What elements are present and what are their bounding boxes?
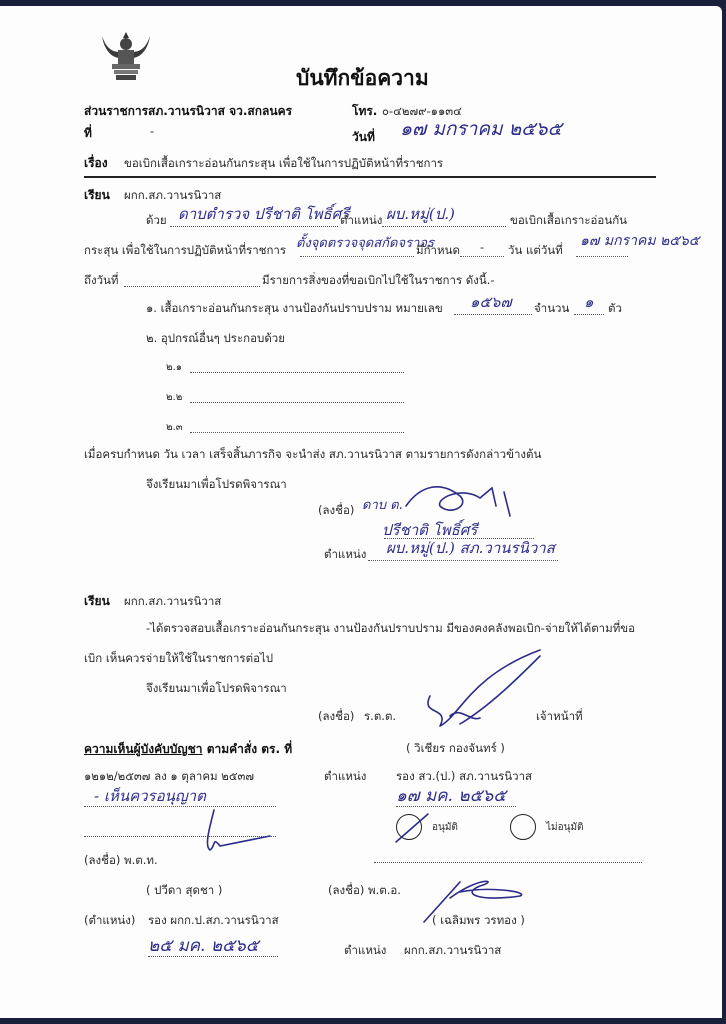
ref-label: ที่: [84, 124, 92, 143]
requester-position-label: ตำแหน่ง: [324, 546, 366, 564]
chief-name: ( เฉลิมพร วรทอง ): [432, 912, 525, 930]
department-label: ส่วนราชการ: [84, 102, 148, 121]
approve-check-mark: [392, 810, 432, 846]
officer-role: เจ้าหน้าที่: [536, 708, 583, 726]
date-handwritten: ๑๗ มกราคม ๒๕๖๕: [400, 114, 562, 144]
sub-item-2: ๒.๒: [166, 390, 182, 405]
period-value: -: [480, 240, 484, 254]
officer-date-handwritten: ๑๗ มค. ๒๕๖๕: [396, 782, 506, 809]
deputy-position-label: (ตำแหน่ง): [84, 912, 135, 930]
period-label: มีกำหนด: [416, 242, 460, 260]
garuda-emblem-icon: [98, 28, 154, 84]
deputy-name: ( ปวีดา สุดชา ): [146, 882, 222, 900]
commander-opinion-handwritten: - เห็นควรอนุญาต: [94, 784, 206, 808]
phone-label: โทร.: [352, 102, 377, 121]
purpose-handwritten: ตั้งจุดตรวจจุดสกัดจราจร: [296, 232, 434, 253]
officer-to-value: ผกก.สภ.วานรนิวาส: [124, 593, 221, 611]
reject-radio[interactable]: [510, 814, 536, 840]
officer-check-text: -ได้ตรวจสอบเสื้อเกราะอ่อนกันกระสุน งานป้…: [146, 620, 635, 638]
date-label: วันที่: [352, 128, 375, 147]
requester-sign-rank: ดาบ ต.: [362, 494, 403, 515]
officer-sign-rank: ร.ต.ต.: [364, 708, 396, 726]
item2-text: ๒. อุปกรณ์อื่นๆ ประกอบด้วย: [146, 330, 285, 348]
chief-position-label: ตำแหน่ง: [344, 942, 386, 960]
deputy-position-value: รอง ผกก.ป.สภ.วานรนิวาส: [148, 912, 279, 930]
deputy-sign-label: (ลงชื่อ) พ.ต.ท.: [84, 852, 158, 870]
requester-position-handwritten: ผบ.หมู่(ป.) สภ.วานรนิวาส: [386, 536, 555, 560]
from-date-handwritten: ๑๗ มกราคม ๒๕๖๕: [580, 230, 699, 252]
return-text: เมื่อครบกำหนด วัน เวลา เสร็จสิ้นภารกิจ จ…: [84, 446, 541, 464]
department-value: สภ.วานรนิวาส จว.สกลนคร: [148, 102, 292, 121]
ref-value: -: [150, 124, 154, 138]
approve-label[interactable]: อนุมัติ: [432, 820, 458, 835]
deputy-date-handwritten: ๒๕ มค. ๒๕๖๕: [148, 932, 259, 959]
officer-position-label: ตำแหน่ง: [324, 768, 366, 786]
officer-name: ( วิเชียร กองจันทร์ ): [406, 740, 505, 758]
items-intro: มีรายการสิ่งของที่ขอเบิกไปใช้ในราชการ ดั…: [262, 272, 495, 290]
days-label: วัน แต่วันที่: [508, 242, 563, 260]
header-divider: [84, 176, 656, 178]
officer-closing: จึงเรียนมาเพื่อโปรดพิจารณา: [146, 680, 287, 698]
commander-heading-rest: ตามคำสั่ง ตร. ที่: [203, 742, 293, 756]
memo-page: บันทึกข้อความ ส่วนราชการ สภ.วานรนิวาส จว…: [0, 6, 722, 1018]
position-label: ตำแหน่ง: [340, 212, 382, 230]
officer-check-text-cont: เบิก เห็นควรจ่ายให้ใช้ในราชการต่อไป: [84, 650, 273, 668]
purpose-text: กระสุน เพื่อใช้ในการปฏิบัติหน้าที่ราชการ: [84, 242, 286, 260]
deputy-signature: [190, 806, 280, 856]
item1-unit: ตัว: [608, 300, 622, 318]
request-closing: จึงเรียนมาเพื่อโปรดพิจารณา: [146, 476, 287, 494]
officer-to-label: เรียน: [84, 592, 110, 611]
request-to-label: เรียน: [84, 186, 110, 205]
commander-heading: ความเห็นผู้บังคับบัญชา ตามคำสั่ง ตร. ที่: [84, 740, 292, 759]
commander-heading-underlined: ความเห็นผู้บังคับบัญชา: [84, 742, 203, 756]
memo-title: บันทึกข้อความ: [296, 62, 429, 95]
until-label: ถึงวันที่: [84, 272, 118, 290]
by-label: ด้วย: [146, 212, 167, 230]
requester-sign-label: (ลงชื่อ): [318, 502, 354, 520]
requester-name-handwritten: ดาบตำรวจ ปรีชาติ โพธิ์ศรี: [178, 202, 349, 226]
chief-position-value: ผกก.สภ.วานรนิวาส: [404, 942, 501, 960]
item1-number-handwritten: ๑๕๖๗: [470, 290, 512, 314]
sub-item-1: ๒.๑: [166, 360, 182, 375]
subject-label: เรื่อง: [84, 154, 108, 173]
sub-item-3: ๒.๓: [166, 420, 183, 435]
reject-label[interactable]: ไม่อนุมัติ: [546, 820, 584, 835]
chief-sign-label: (ลงชื่อ) พ.ต.อ.: [328, 882, 401, 900]
item1-text: ๑. เสื้อเกราะอ่อนกันกระสุน งานป้องกันปรา…: [146, 300, 443, 318]
item1-qty-label: จำนวน: [534, 300, 569, 318]
item1-qty-handwritten: ๑: [584, 290, 594, 314]
subject-value: ขอเบิกเสื้อเกราะอ่อนกันกระสุน เพื่อใช้ใน…: [124, 155, 443, 173]
request-text: ขอเบิกเสื้อเกราะอ่อนกัน: [510, 212, 627, 230]
requester-position-handwritten: ผบ.หมู่(ป.): [386, 202, 455, 226]
officer-sign-label: (ลงชื่อ): [318, 708, 354, 726]
